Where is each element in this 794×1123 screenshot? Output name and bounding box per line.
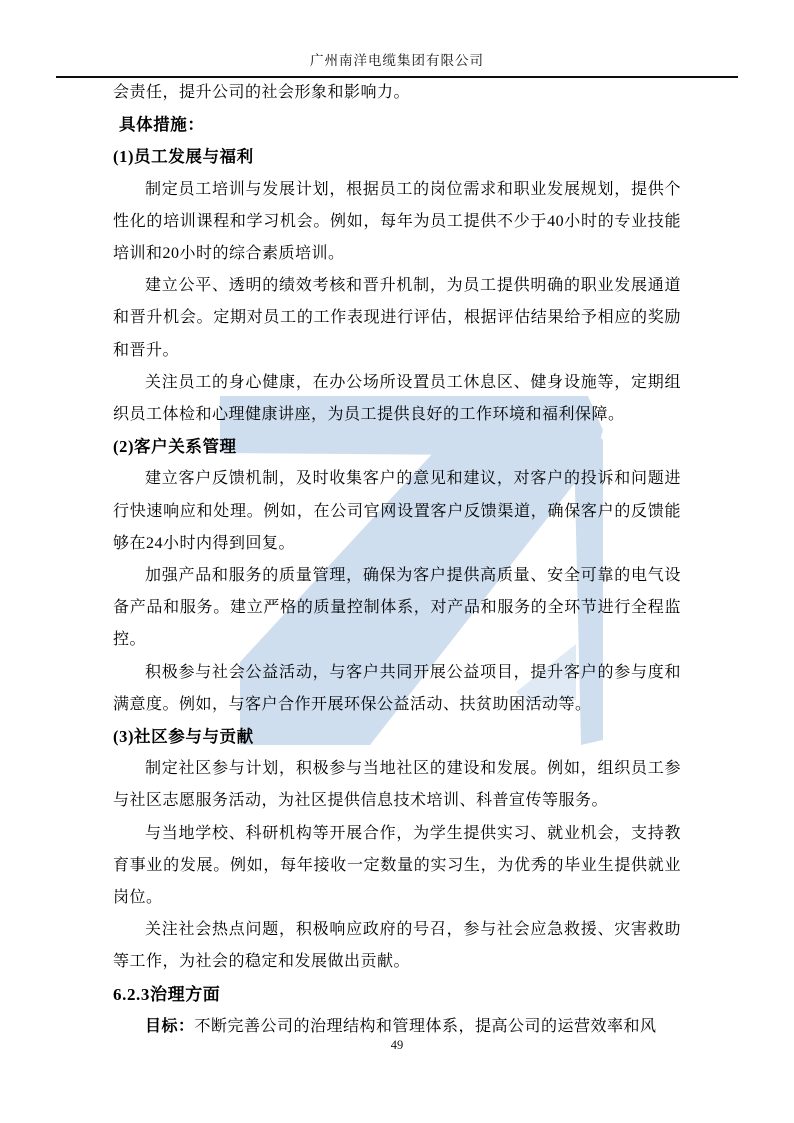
paragraph: 会责任，提升公司的社会形象和影响力。: [113, 77, 681, 109]
page-number: 49: [0, 1038, 794, 1053]
paragraph: 制定社区参与计划，积极参与当地社区的建设和发展。例如，组织员工参与社区志愿服务活…: [113, 753, 681, 817]
paragraph-lead-label: 目标：: [145, 1018, 195, 1035]
paragraph: 制定员工培训与发展计划，根据员工的岗位需求和职业发展规划，提供个性化的培训课程和…: [113, 174, 681, 271]
document-page: 广州南洋电缆集团有限公司 会责任，提升公司的社会形象和影响力。具体措施：(1)员…: [0, 0, 794, 1123]
numbered-heading: 6.2.3治理方面: [113, 979, 681, 1011]
paragraph-text: 不断完善公司的治理结构和管理体系，提高公司的运营效率和风: [195, 1018, 657, 1035]
paragraph: 与当地学校、科研机构等开展合作，为学生提供实习、就业机会，支持教育事业的发展。例…: [113, 818, 681, 915]
page-header: 广州南洋电缆集团有限公司: [56, 49, 738, 78]
document-body: 会责任，提升公司的社会形象和影响力。具体措施：(1)员工发展与福利制定员工培训与…: [113, 77, 681, 1043]
paragraph: 加强产品和服务的质量管理，确保为客户提供高质量、安全可靠的电气设备产品和服务。建…: [113, 560, 681, 657]
paragraph: 建立公平、透明的绩效考核和晋升机制，为员工提供明确的职业发展通道和晋升机会。定期…: [113, 270, 681, 367]
paragraph: 建立客户反馈机制，及时收集客户的意见和建议，对客户的投诉和问题进行快速响应和处理…: [113, 463, 681, 560]
section-heading: (2)客户关系管理: [113, 431, 681, 463]
section-heading: (1)员工发展与福利: [113, 141, 681, 173]
paragraph: 积极参与社会公益活动，与客户共同开展公益项目，提升客户的参与度和满意度。例如，与…: [113, 657, 681, 721]
paragraph: 关注社会热点问题，积极响应政府的号召，参与社会应急救援、灾害救助等工作，为社会的…: [113, 914, 681, 978]
section-heading: (3)社区参与与贡献: [113, 721, 681, 753]
paragraph: 关注员工的身心健康，在办公场所设置员工休息区、健身设施等，定期组织员工体检和心理…: [113, 367, 681, 431]
section-heading: 具体措施：: [113, 109, 681, 141]
company-name: 广州南洋电缆集团有限公司: [310, 53, 484, 68]
